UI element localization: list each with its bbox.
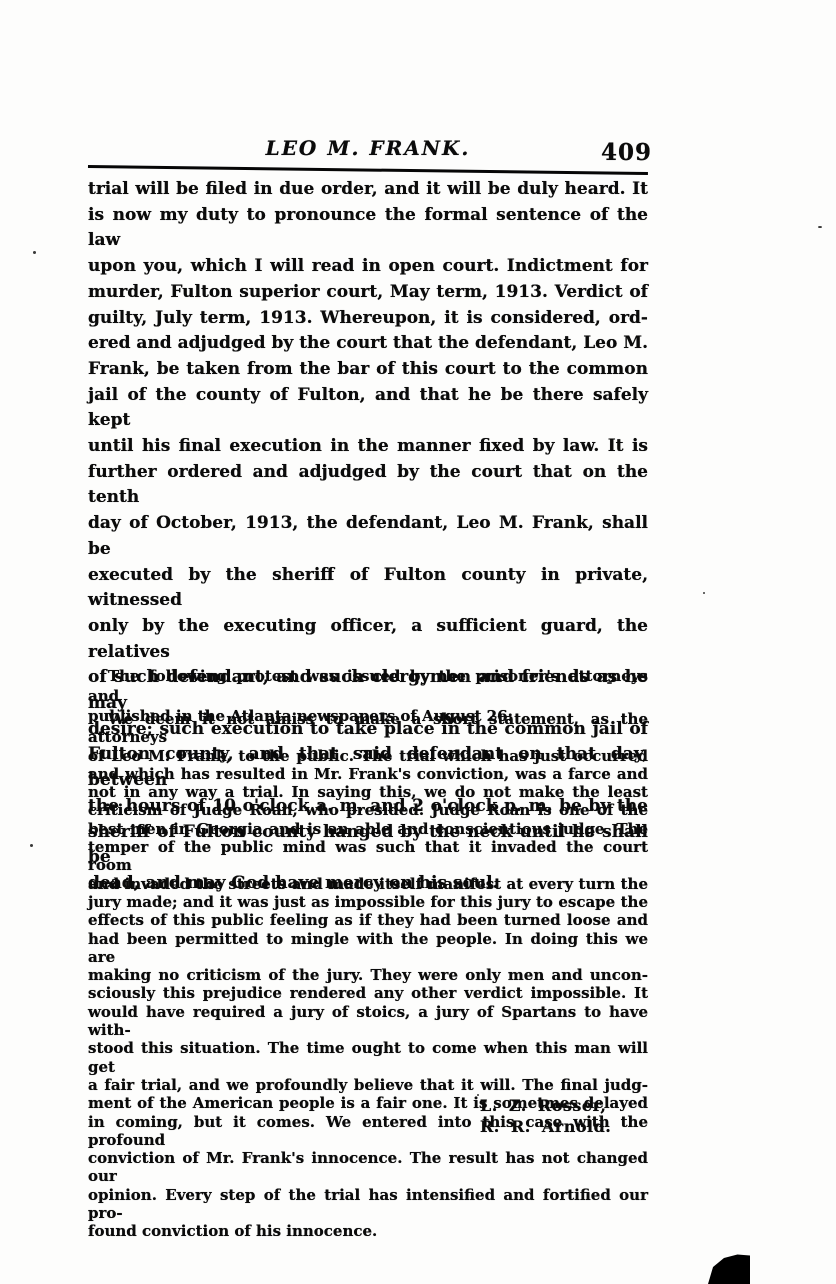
text-line: sciously this prejudice rendered any oth… <box>88 984 648 1002</box>
scan-speck <box>33 251 36 254</box>
text-line: of Leo M. Frank, to the public. The tria… <box>88 747 648 765</box>
scan-speck <box>703 592 705 594</box>
page-number: 409 <box>592 139 652 166</box>
page-header: LEO M. FRANK. 409 <box>88 134 648 168</box>
text-line: is now my duty to pronounce the formal s… <box>88 203 648 254</box>
text-line: The following protest was issued by the … <box>88 666 648 706</box>
ink-smudge <box>708 1253 750 1284</box>
text-line: conviction of Mr. Frank's innocence. The… <box>88 1149 648 1186</box>
scan-speck <box>818 226 822 228</box>
text-line: effects of this public feeling as if the… <box>88 911 648 929</box>
text-line: R. R. Arnold. <box>480 1117 700 1138</box>
scan-speck <box>607 682 612 684</box>
text-line: not in any way a trial. In saying this, … <box>88 783 648 801</box>
signature-block: L. Z. Rosser,R. R. Arnold. <box>480 1096 700 1137</box>
text-line: day of October, 1913, the defendant, Leo… <box>88 511 648 562</box>
book-page-scan: LEO M. FRANK. 409 trial will be filed in… <box>0 0 836 1284</box>
text-line: until his final execution in the manner … <box>88 434 648 460</box>
text-line: L. Z. Rosser, <box>480 1096 700 1117</box>
text-line: jury made; and it was just as impossible… <box>88 893 648 911</box>
text-line: had been permitted to mingle with the pe… <box>88 930 648 967</box>
text-line: making no criticism of the jury. They we… <box>88 966 648 984</box>
text-line: ered and adjudged by the court that the … <box>88 331 648 357</box>
scan-speck <box>477 1094 479 1096</box>
page-title: LEO M. FRANK. <box>88 136 648 160</box>
text-line: Frank, be taken from the bar of this cou… <box>88 357 648 383</box>
text-line: would have required a jury of stoics, a … <box>88 1003 648 1040</box>
scan-speck <box>30 844 33 847</box>
text-line: guilty, July term, 1913. Whereupon, it i… <box>88 306 648 332</box>
text-line: trial will be filed in due order, and it… <box>88 177 648 203</box>
text-line: executed by the sheriff of Fulton county… <box>88 563 648 614</box>
text-line: upon you, which I will read in open cour… <box>88 254 648 280</box>
text-line: and which has resulted in Mr. Frank's co… <box>88 765 648 783</box>
text-line: best men in Georgia and is an able and c… <box>88 820 648 838</box>
protest-statement-paragraph: We deem it not amiss to make a short sta… <box>88 710 648 1241</box>
text-line: opinion. Every step of the trial has int… <box>88 1186 648 1223</box>
text-line: stood this situation. The time ought to … <box>88 1039 648 1076</box>
text-line: further ordered and adjudged by the cour… <box>88 460 648 511</box>
text-line: jail of the county of Fulton, and that h… <box>88 383 648 434</box>
text-line: and invaded the streets and made itself … <box>88 875 648 893</box>
text-line: We deem it not amiss to make a short sta… <box>88 710 648 747</box>
text-line: a fair trial, and we profoundly believe … <box>88 1076 648 1094</box>
text-line: criticism of Judge Roan, who presided. J… <box>88 801 648 819</box>
text-line: only by the executing officer, a suffici… <box>88 614 648 665</box>
text-line: murder, Fulton superior court, May term,… <box>88 280 648 306</box>
text-line: found conviction of his innocence. <box>88 1222 648 1240</box>
text-line: temper of the public mind was such that … <box>88 838 648 875</box>
